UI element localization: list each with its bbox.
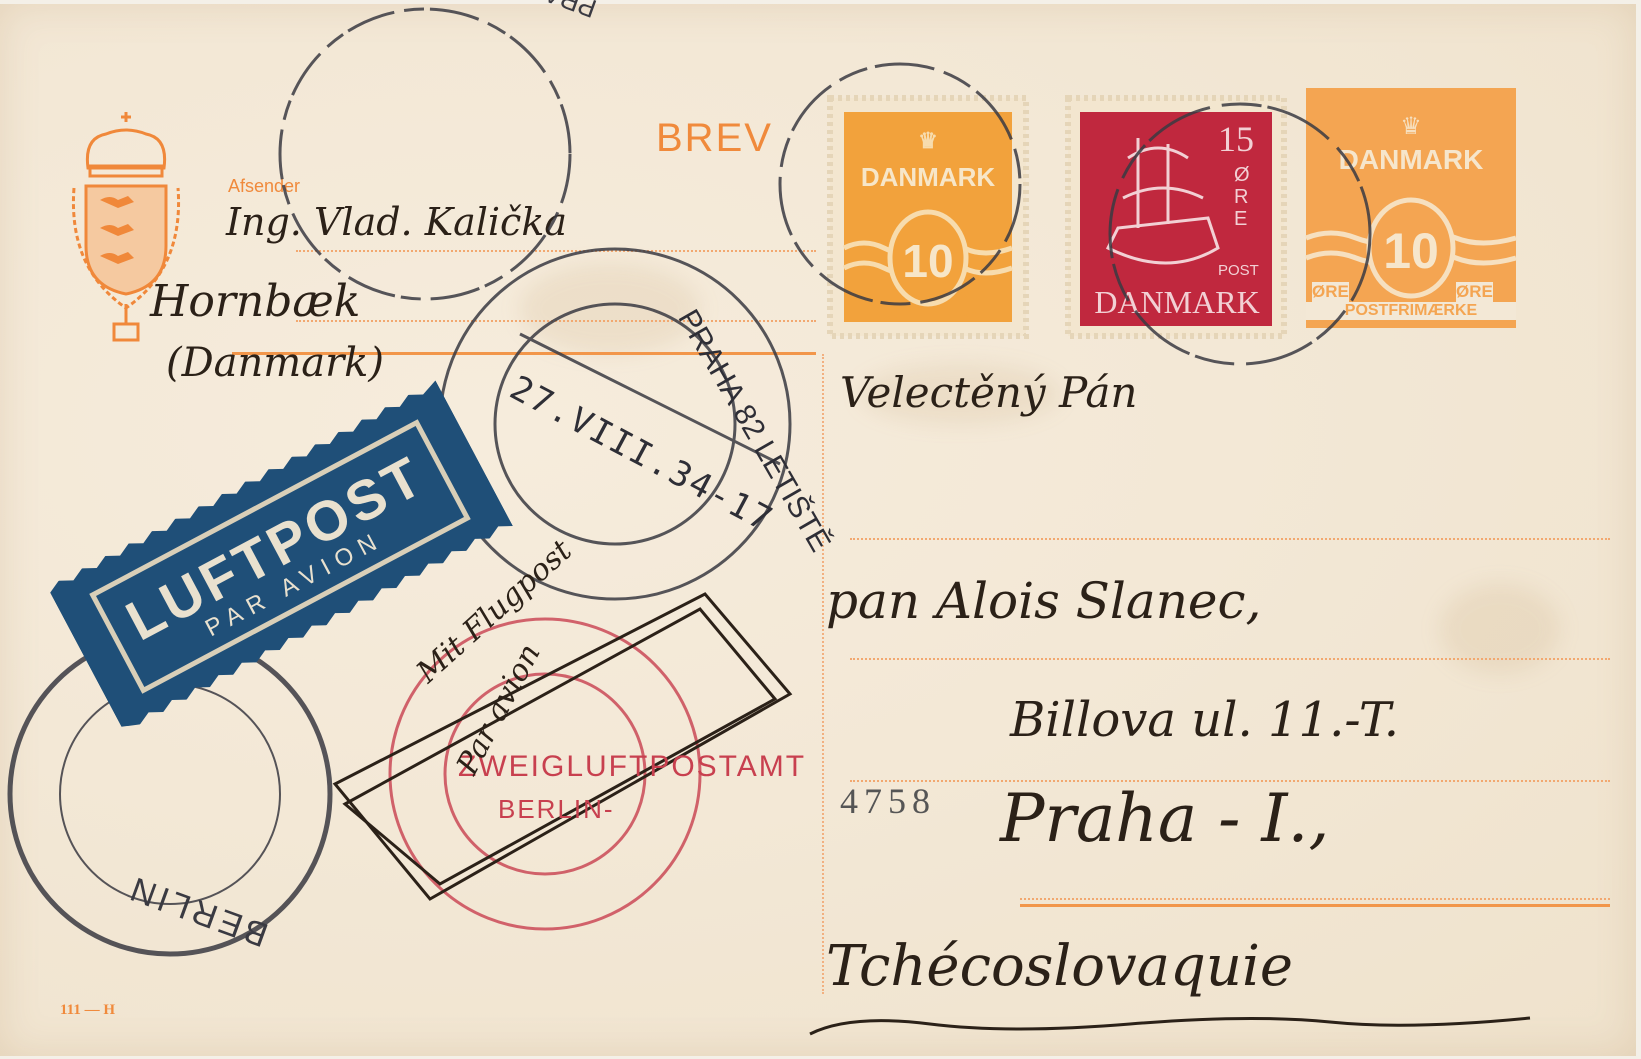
postcard: BREV Afsender 111 — H Ing. Vlad. Kalička… xyxy=(0,4,1636,1056)
airmail-postmark-line: BERLIN- xyxy=(498,794,615,825)
airmail-postmark-line: ZWEIGLUFTPOSTAMT xyxy=(458,750,806,784)
